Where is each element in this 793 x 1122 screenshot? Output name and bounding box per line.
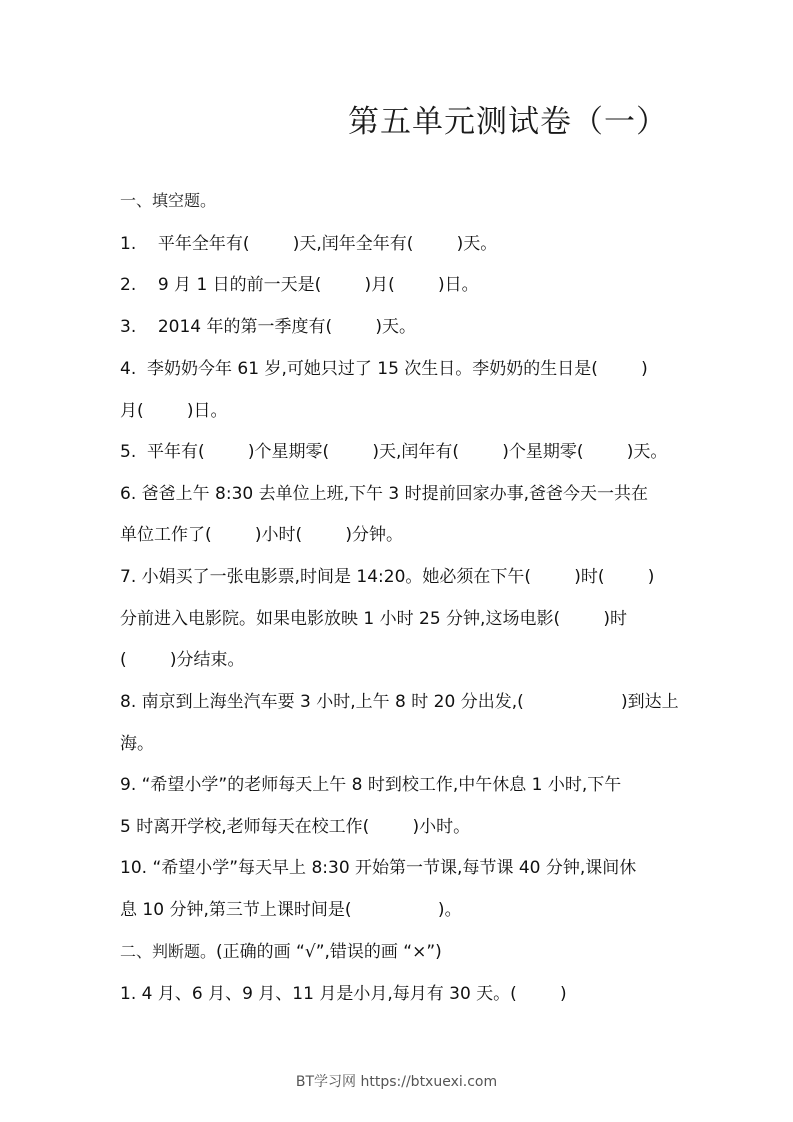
question-line: 10. “希望小学”每天早上 8:30 开始第一节课,每节课 40 分钟,课间休 — [120, 857, 680, 879]
question-line: 2. 9 月 1 日的前一天是( )月( )日。 — [120, 274, 680, 296]
page-title: 第五单元测试卷（一） — [348, 96, 668, 141]
question-line: 单位工作了( )小时( )分钟。 — [120, 524, 680, 546]
question-line: 3. 2014 年的第一季度有( )天。 — [120, 316, 680, 338]
question-line: 月( )日。 — [120, 400, 680, 422]
question-line: ( )分结束。 — [120, 649, 680, 671]
footer-watermark: BT学习网 https://btxuexi.com — [0, 1071, 793, 1091]
question-line: 1. 4 月、6 月、9 月、11 月是小月,每月有 30 天。( ) — [120, 983, 680, 1005]
question-line: 分前进入电影院。如果电影放映 1 小时 25 分钟,这场电影( )时 — [120, 608, 680, 630]
section-heading-true-false: 二、判断题。(正确的画 “√”,错误的画 “×”) — [120, 941, 680, 963]
question-line: 8. 南京到上海坐汽车要 3 小时,上午 8 时 20 分出发,( )到达上 — [120, 691, 680, 713]
question-line: 7. 小娟买了一张电影票,时间是 14:20。她必须在下午( )时( ) — [120, 566, 680, 588]
question-line: 6. 爸爸上午 8:30 去单位上班,下午 3 时提前回家办事,爸爸今天一共在 — [120, 483, 680, 505]
question-line: 息 10 分钟,第三节上课时间是( )。 — [120, 899, 680, 921]
question-line: 4. 李奶奶今年 61 岁,可她只过了 15 次生日。李奶奶的生日是( ) — [120, 358, 680, 380]
question-line: 9. “希望小学”的老师每天上午 8 时到校工作,中午休息 1 小时,下午 — [120, 774, 680, 796]
question-line: 海。 — [120, 733, 680, 755]
section-heading-fill-blank: 一、填空题。 — [120, 190, 680, 212]
question-line: 1. 平年全年有( )天,闰年全年有( )天。 — [120, 233, 680, 255]
section-heading-label: 二、判断题。 — [120, 942, 216, 961]
question-line: 5. 平年有( )个星期零( )天,闰年有( )个星期零( )天。 — [120, 441, 680, 463]
question-line: 5 时离开学校,老师每天在校工作( )小时。 — [120, 816, 680, 838]
section-instruction: (正确的画 “√”,错误的画 “×”) — [216, 942, 442, 962]
